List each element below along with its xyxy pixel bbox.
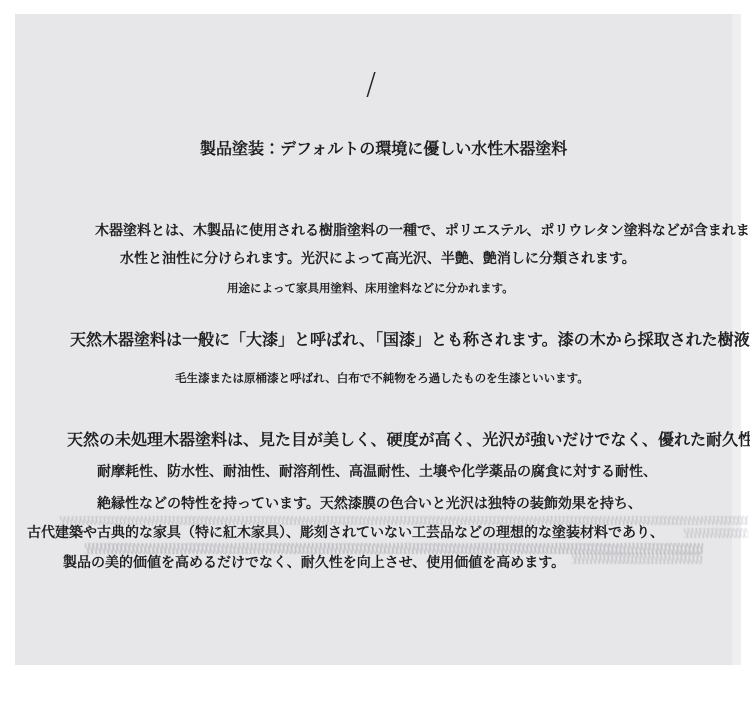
paragraph2-line1: 天然木器塗料は一般に「大漆」と呼ばれ、「国漆」とも称されます。漆の木から採取され… [70,332,750,348]
page-title: 製品塗装：デフォルトの環境に優しい水性木器塗料 [200,141,567,157]
paragraph3-line4: 古代建築や古典的な家具（特に紅木家具）、彫刻されていない工芸品などの理想的な塗装… [27,526,664,540]
paragraph1-line3: 用途によって家具用塗料、床用塗料などに分かれます。 [227,283,514,295]
noise-artifact [684,528,748,538]
page: { "colors": { "page_bg": "#ffffff", "pan… [0,0,750,705]
paragraph1-line1: 木器塗料とは、木製品に使用される樹脂塗料の一種で、ポリエステル、ポリウレタン塗料… [95,224,750,238]
noise-artifact [60,516,748,525]
paragraph3-line3: 絶縁性などの特性を持っています。天然漆膜の色合いと光沢は独特の装飾効果を持ち、 [97,497,642,511]
paragraph2-line2: 毛生漆または原桶漆と呼ばれ、白布で不純物をろ過したものを生漆といいます。 [175,373,589,385]
divider-slash: / [366,70,376,100]
paragraph1-line2: 水性と油性に分けられます。光沢によって高光沢、半艶、艶消しに分類されます。 [120,252,636,266]
paragraph3-line5: 製品の美的価値を高めるだけでなく、耐久性を向上させ、使用価値を高めます。 [63,556,565,570]
noise-artifact [572,553,702,564]
paragraph3-line2: 耐摩耗性、防水性、耐油性、耐溶剤性、高温耐性、土壌や化学薬品の腐食に対する耐性、 [97,465,657,479]
paragraph3-line1: 天然の未処理木器塗料は、見た目が美しく、硬度が高く、光沢が強いだけでなく、優れた… [67,432,750,448]
